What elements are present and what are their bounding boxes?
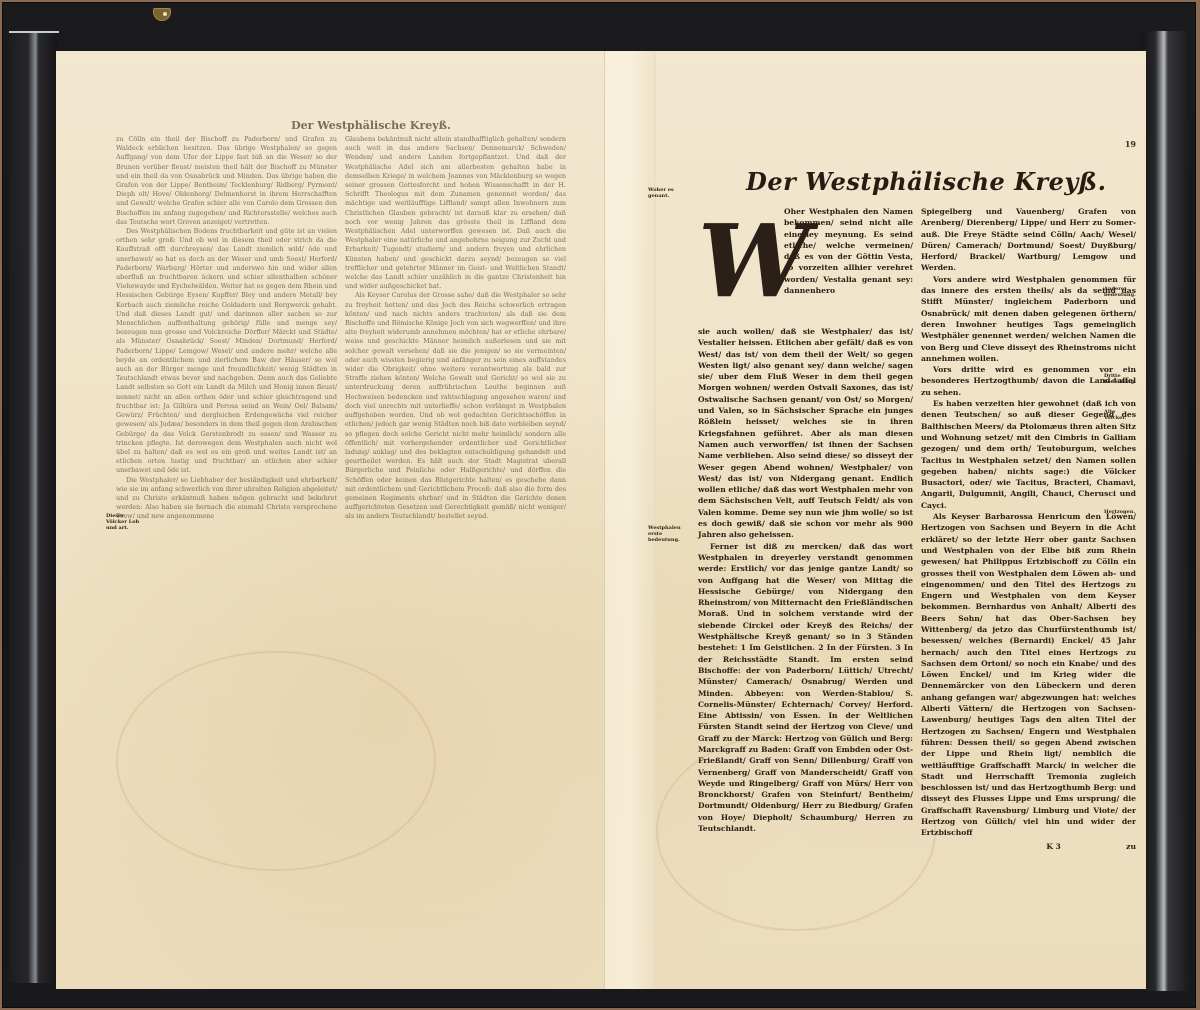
frame-right-moulding: [1141, 31, 1189, 991]
right-margin-note: Woher es genant.: [648, 187, 682, 199]
right-paragraph: Spiegelberg und Vauenberg/ Grafen von Ar…: [921, 206, 1136, 274]
drop-cap-initial: W: [698, 206, 780, 326]
left-paragraph: Des Westphälischen Bodens fruchtbarkeit …: [116, 227, 337, 475]
left-running-title: Der Westphälische Kreyß.: [176, 119, 566, 132]
hanging-hook-icon: [153, 8, 171, 21]
right-paragraph: sie auch wollen/ daß sie Westphaler/ das…: [698, 326, 913, 541]
right-column-2: Spiegelberg und Vauenberg/ Grafen von Ar…: [921, 206, 1136, 852]
right-paragraph: Als Keyser Barbarossa Henricum den Löwen…: [921, 511, 1136, 839]
page-number: 19: [1125, 139, 1136, 149]
drop-cap-block: W Oher Westphalen den Namen bekommen/ se…: [698, 206, 913, 326]
left-margin-note: Dieser Völcker Lob und art.: [106, 513, 140, 531]
left-paragraph: Die Westphaler/ so Liebhaber der beständ…: [116, 476, 337, 522]
page-title: Der Westphälische Kreyß.: [746, 167, 1136, 196]
left-page: Der Westphälische Kreyß. zu Cölln ein th…: [116, 119, 566, 522]
right-page: 19 Der Westphälische Kreyß. W Oher Westp…: [636, 141, 1136, 852]
right-margin-note: Westphalen erste bedeutung.: [648, 525, 682, 543]
right-margin-note: Dritte bedeutung.: [1104, 373, 1138, 385]
left-paragraph: Als Keyser Carolus der Grosse sahe/ daß …: [345, 291, 566, 521]
catchword: zu: [1126, 842, 1136, 851]
left-paragraph: zu Cölln ein theil der Bischoff zu Pader…: [116, 135, 337, 227]
frame-corner-highlight: [9, 31, 59, 33]
right-columns: W Oher Westphalen den Namen bekommen/ se…: [698, 206, 1136, 852]
right-column-1: W Oher Westphalen den Namen bekommen/ se…: [698, 206, 913, 852]
right-margin-note: Andere bedeutung.: [1104, 286, 1138, 298]
frame-left-moulding: [9, 33, 57, 983]
signature-text: K 3: [1046, 842, 1061, 851]
left-columns: zu Cölln ein theil der Bischoff zu Pader…: [116, 135, 566, 522]
signature-mark: K 3 zu: [921, 841, 1136, 852]
water-stain: [116, 651, 436, 871]
left-paragraph: Glaubens bekäntnuß nicht allein standhaf…: [345, 135, 566, 291]
right-margin-note: Hertzogen.: [1104, 509, 1138, 515]
right-paragraph: Ferner ist diß zu mercken/ daß das wort …: [698, 541, 913, 835]
left-column-1: zu Cölln ein theil der Bischoff zu Pader…: [116, 135, 337, 522]
drop-cap-text: Oher Westphalen den Namen bekommen/ sein…: [784, 206, 913, 326]
left-column-2: Glaubens bekäntnuß nicht allein standhaf…: [345, 135, 566, 522]
right-margin-note: Alte Völcker.: [1104, 409, 1138, 421]
document-sheet: Der Westphälische Kreyß. zu Cölln ein th…: [56, 51, 1146, 989]
